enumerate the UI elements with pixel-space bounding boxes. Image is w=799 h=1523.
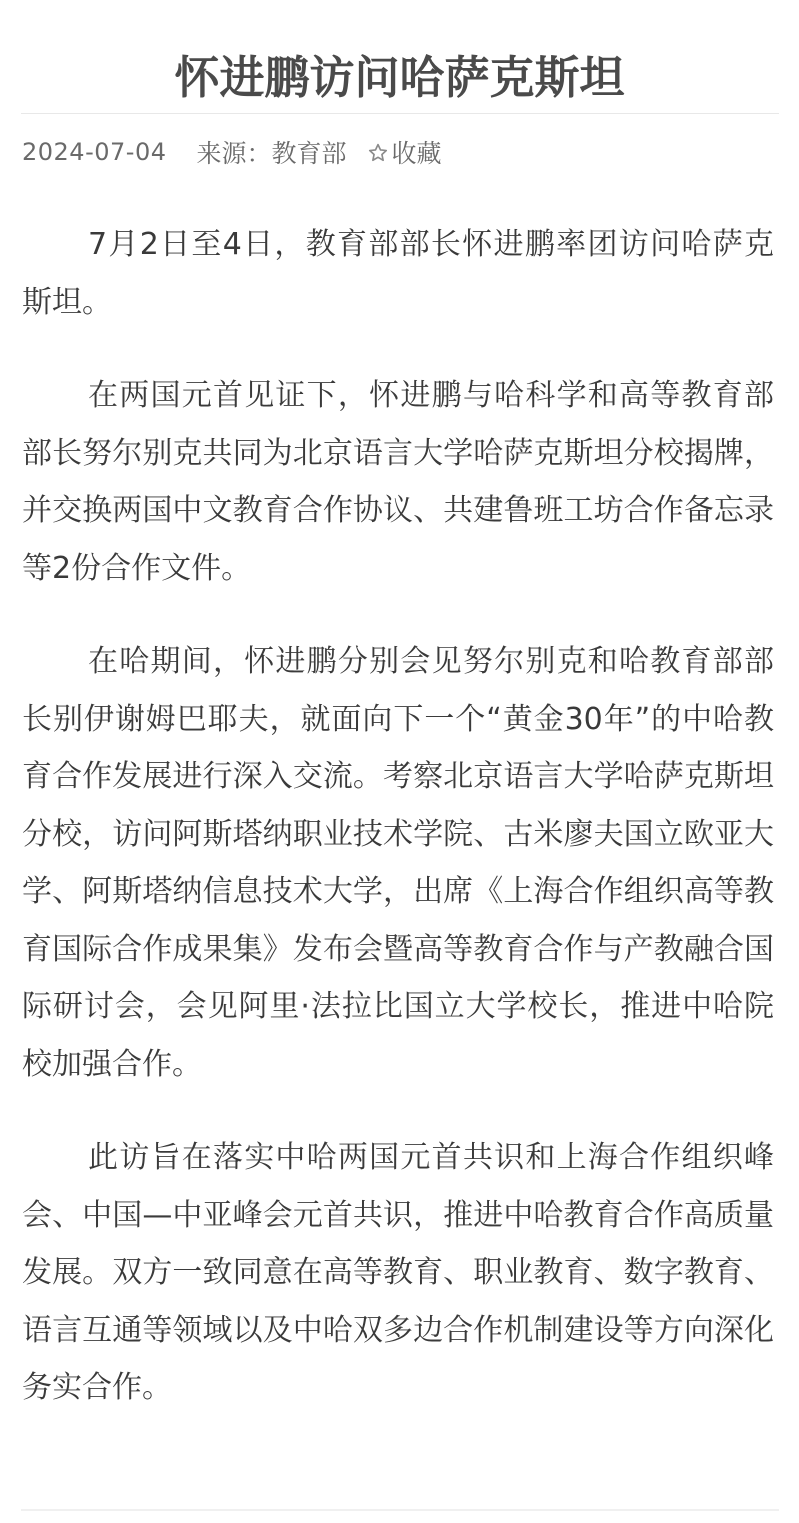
article-meta: 2024-07-04 来源：教育部 收藏 <box>22 132 442 172</box>
source-label: 来源： <box>196 139 271 168</box>
title-divider <box>21 113 779 114</box>
paragraph: 此访旨在落实中哈两国元首共识和上海合作组织峰会、中国—中亚峰会元首共识，推进中哈… <box>22 1129 774 1417</box>
article-body: 7月2日至4日，教育部部长怀进鹏率团访问哈萨克斯坦。 在两国元首见证下，怀进鹏与… <box>22 216 774 1453</box>
article-title: 怀进鹏访问哈萨克斯坦 <box>0 48 799 108</box>
footer-divider <box>21 1509 779 1511</box>
favorite-label: 收藏 <box>392 134 442 170</box>
article: 怀进鹏访问哈萨克斯坦 2024-07-04 来源：教育部 收藏 7月2日至4日，… <box>0 0 799 1523</box>
article-source: 来源：教育部 <box>196 134 346 170</box>
star-outline-icon <box>367 141 389 163</box>
publish-date: 2024-07-04 <box>22 138 166 166</box>
source-name: 教育部 <box>272 139 347 168</box>
favorite-button[interactable]: 收藏 <box>367 134 442 170</box>
paragraph: 在哈期间，怀进鹏分别会见努尔别克和哈教育部部长别伊谢姆巴耶夫，就面向下一个“黄金… <box>22 633 774 1093</box>
paragraph: 7月2日至4日，教育部部长怀进鹏率团访问哈萨克斯坦。 <box>22 216 774 331</box>
paragraph: 在两国元首见证下，怀进鹏与哈科学和高等教育部部长努尔别克共同为北京语言大学哈萨克… <box>22 367 774 597</box>
